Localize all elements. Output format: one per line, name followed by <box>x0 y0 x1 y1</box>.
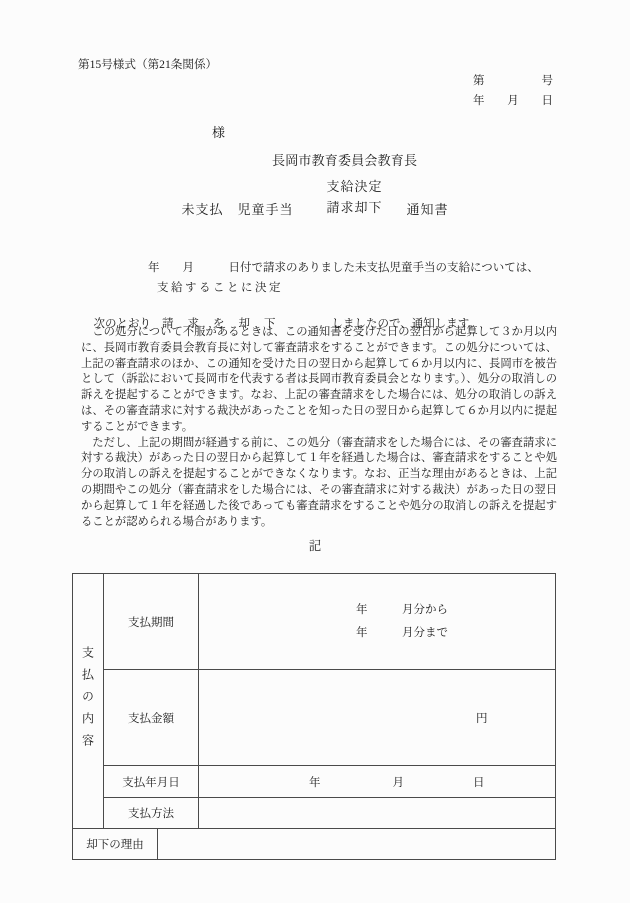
payment-date-label: 支払年月日 <box>104 766 199 798</box>
rejection-reason-label: 却下の理由 <box>73 829 158 859</box>
rejection-reason-value <box>158 829 555 859</box>
date-day-label: 日 <box>542 91 554 111</box>
payment-contents-side-cell: 支払の内容 <box>73 574 104 829</box>
payment-details-table: 支払の内容 支払期間 年 月分から 年 月分まで 支払金額 円 支払年月日 年 … <box>72 573 556 860</box>
form-number: 第15号様式（第21条関係） <box>78 56 217 72</box>
payment-amount-value: 円 <box>199 670 555 766</box>
title-option-claim-rejection: 請求却下 <box>327 197 383 218</box>
title-part-notice: 通知書 <box>407 199 449 218</box>
payment-period-from: 年 月分から <box>356 599 555 622</box>
date-year-label: 年 <box>473 91 485 111</box>
doc-number-line: 第 号 <box>473 71 553 91</box>
date-month-label: 月 <box>507 91 519 111</box>
appeal-instructions: この処分について不服があるときは、この通知書を受けた日の翌日から起算して３か月以… <box>81 325 557 530</box>
notice-title: 未支払 児童手当 支給決定 請求却下 通知書 <box>0 176 630 218</box>
payment-date-month-label: 月 <box>393 774 405 790</box>
date-line: 年 月 日 <box>473 91 553 111</box>
appeal-paragraph-1: この処分について不服があるときは、この通知書を受けた日の翌日から起算して３か月以… <box>81 325 557 436</box>
payment-contents-label: 支払の内容 <box>80 646 97 756</box>
doc-number-prefix: 第 <box>473 71 485 91</box>
payment-method-label: 支払方法 <box>104 798 199 829</box>
payment-date-year-label: 年 <box>309 774 321 790</box>
title-option-stack: 支給決定 請求却下 <box>327 176 383 218</box>
addressee-honorific: 様 <box>212 122 225 141</box>
payment-method-value <box>199 798 555 829</box>
doc-number-suffix: 号 <box>542 71 554 91</box>
title-option-grant-decision: 支給決定 <box>327 176 383 197</box>
payment-date-day-label: 日 <box>473 774 485 790</box>
document-page: 第15号様式（第21条関係） 第 号 年 月 日 様 長岡市教育委員会教育長 未… <box>0 0 630 903</box>
payment-period-to: 年 月分まで <box>356 622 555 645</box>
title-part-unpaid: 未支払 <box>181 199 223 218</box>
issuer-name: 長岡市教育委員会教育長 <box>272 150 417 169</box>
decision-option-line: 支給することに決定 <box>157 280 283 296</box>
payment-amount-unit: 円 <box>476 710 488 726</box>
payment-period-value: 年 月分から 年 月分まで <box>199 574 555 670</box>
payment-period-label: 支払期間 <box>104 574 199 670</box>
payment-date-value: 年 月 日 <box>199 766 555 798</box>
request-date-line: 年 月 日付で請求のありました未支払児童手当の支給については、 <box>148 260 539 276</box>
appeal-paragraph-2: ただし、上記の期間が経過する前に、この処分（審査請求をした場合には、その審査請求… <box>81 436 557 531</box>
title-part-child-allowance: 児童手当 <box>237 199 293 218</box>
ki-heading: 記 <box>0 536 630 554</box>
payment-amount-label: 支払金額 <box>104 670 199 766</box>
doc-meta-block: 第 号 年 月 日 <box>473 71 553 111</box>
